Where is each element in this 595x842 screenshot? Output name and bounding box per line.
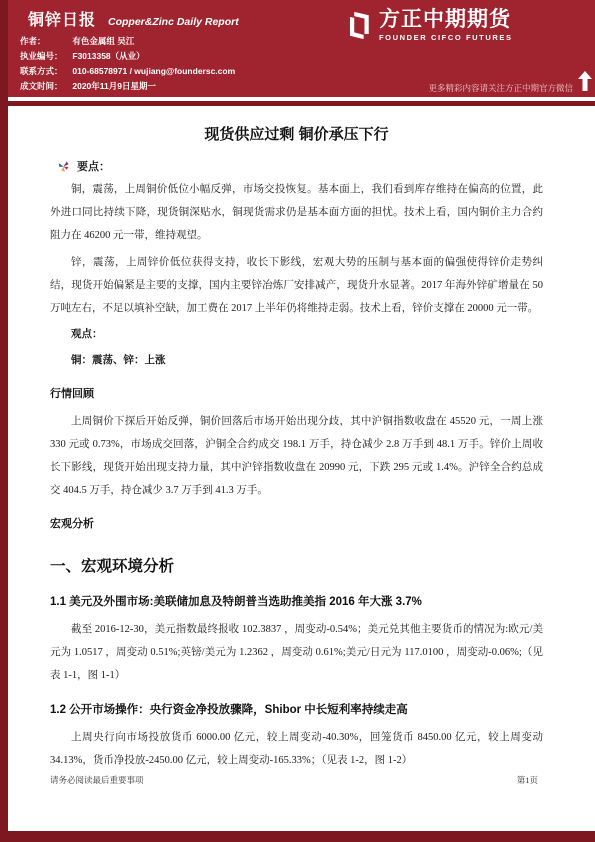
opinion-label: 观点： — [50, 323, 543, 346]
author-label: 作者： — [20, 34, 70, 49]
paragraph-copper: 铜，震荡，上周铜价低位小幅反弹，市场交投恢复。基本面上，我们看到库存维持在偏高的… — [50, 178, 543, 247]
masthead: 铜锌日报 Copper&Zinc Daily Report — [28, 7, 239, 30]
license-value: F3013358（从业） — [72, 51, 144, 61]
contact-value: 010-68578971 / wujiang@foundersc.com — [72, 66, 235, 76]
brand-name-cn: 方正中期期货 — [379, 8, 513, 32]
date-value: 2020年11月9日星期一 — [72, 81, 156, 91]
key-points-row: 要点： — [58, 158, 543, 174]
opinion-value: 铜：震荡、锌：上涨 — [50, 349, 543, 372]
contact-label: 联系方式： — [20, 64, 70, 79]
wechat-notice: 更多精彩内容请关注方正中期官方微信 — [428, 82, 573, 94]
section-1-2-paragraph: 上周央行向市场投放货币 6000.00 亿元，较上周变动-40.30%，回笼货币… — [50, 726, 543, 772]
paragraph-zinc: 锌，震荡，上周锌价低位获得支持，收长下影线，宏观大势的压制与基本面的偏强使得锌价… — [50, 251, 543, 320]
review-heading: 行情回顾 — [50, 383, 543, 406]
section-1-1-paragraph: 截至 2016-12-30，美元指数最终报收 102.3837 ，周变动-0.5… — [50, 618, 543, 687]
report-subtitle: Copper&Zinc Daily Report — [108, 16, 239, 28]
meta-row-author: 作者： 有色金属组 吴江 — [20, 34, 235, 49]
left-accent-bar — [0, 0, 8, 842]
section-1-title: 一、宏观环境分析 — [50, 555, 543, 579]
section-1-2-heading: 1.2 公开市场操作：央行资金净投放骤降，Shibor 中长短利率持续走高 — [50, 699, 543, 722]
up-arrow-icon — [578, 71, 592, 96]
footer-disclaimer: 请务必阅读最后重要事项 — [50, 774, 144, 786]
meta-row-date: 成文时间： 2020年11月9日星期一 — [20, 79, 235, 94]
page-footer: 请务必阅读最后重要事项 第1页 — [50, 774, 538, 786]
document-title: 现货供应过剩 铜价承压下行 — [50, 123, 543, 144]
date-label: 成文时间： — [20, 79, 70, 94]
report-header: 铜锌日报 Copper&Zinc Daily Report 作者： 有色金属组 … — [0, 0, 595, 97]
section-1-1-heading: 1.1 美元及外围市场:美联储加息及特朗普当选助推美指 2016 年大涨 3.7… — [50, 591, 543, 614]
author-meta: 作者： 有色金属组 吴江 执业编号： F3013358（从业） 联系方式： 01… — [20, 34, 235, 94]
brand-name-en: FOUNDER CIFCO FUTURES — [379, 33, 513, 42]
license-label: 执业编号： — [20, 49, 70, 64]
founder-cifco-logo-icon — [344, 8, 373, 48]
document-body: 现货供应过剩 铜价承压下行 要点： 铜，震荡，上周铜价低位小幅反弹，市场交投恢复… — [50, 106, 543, 772]
author-value: 有色金属组 吴江 — [72, 36, 134, 46]
bottom-accent-bar — [0, 831, 595, 842]
report-title: 铜锌日报 — [28, 12, 96, 29]
page-number: 第1页 — [517, 774, 538, 786]
macro-heading: 宏观分析 — [50, 513, 543, 536]
review-paragraph: 上周铜价下探后开始反弹，铜价回落后市场开始出现分歧，其中沪铜指数收盘在 4552… — [50, 410, 543, 502]
key-points-label: 要点： — [77, 158, 110, 174]
brand-logo: 方正中期期货 FOUNDER CIFCO FUTURES — [344, 8, 513, 48]
brand-text: 方正中期期货 FOUNDER CIFCO FUTURES — [379, 8, 513, 42]
key-points-bullet-icon — [58, 161, 69, 172]
report-page: 铜锌日报 Copper&Zinc Daily Report 作者： 有色金属组 … — [0, 0, 595, 842]
meta-row-contact: 联系方式： 010-68578971 / wujiang@foundersc.c… — [20, 64, 235, 79]
meta-row-license: 执业编号： F3013358（从业） — [20, 49, 235, 64]
